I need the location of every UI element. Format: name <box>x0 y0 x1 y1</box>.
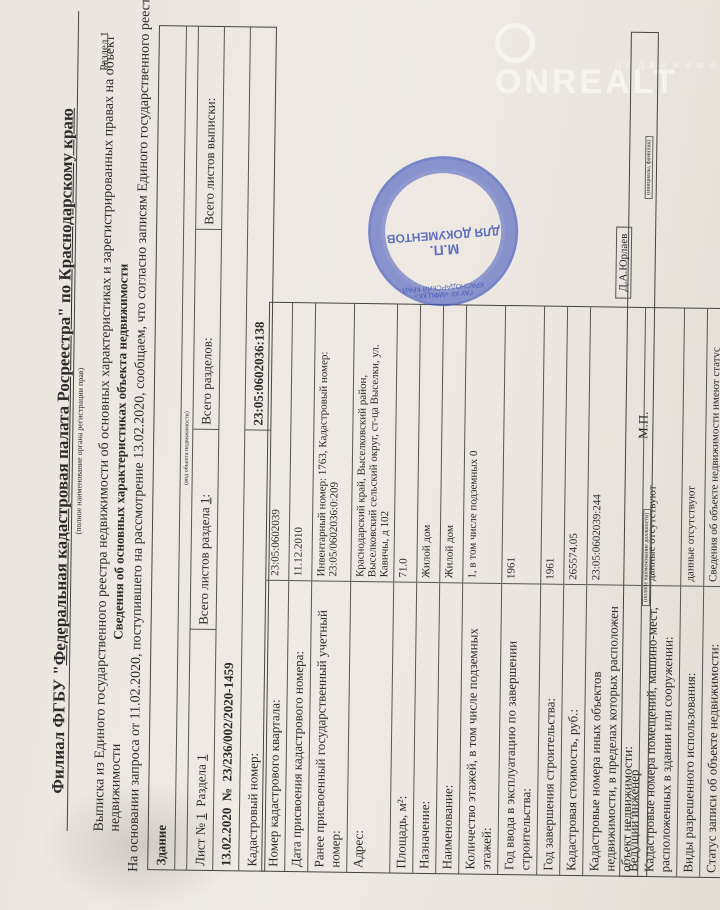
stamp-ring-text: ГАУ КК «МФЦ КК» КРАСНОДАРСКИЙ КРАЙ <box>383 279 504 302</box>
row-value: 1961 <box>502 306 544 585</box>
row-value: Инвентарный номер: 1763, Кадастровый ном… <box>312 303 354 582</box>
row-label: Кадастровая стоимость, руб.: <box>560 585 586 875</box>
date-number: 13.02.2020 № 23/236/002/2020-1459 <box>213 658 241 870</box>
row-value: 265574.05 <box>564 307 590 585</box>
row-label: Номер кадастрового квартала: <box>262 581 288 871</box>
row-label: Количество этажей, в том числе подземных… <box>459 583 501 874</box>
extract-number: 23/236/002/2020-1459 <box>219 662 237 781</box>
table-row: Адрес:Краснодарский край, Выселковский р… <box>346 304 397 873</box>
row-label: Год завершения строительства: <box>537 585 563 875</box>
cadastral-extract-document: Филиал ФГБУ "Федеральная кадастровая пал… <box>29 11 691 900</box>
row-label: Дата присвоения кадастрового номера: <box>285 581 311 871</box>
table-row: Год ввода в эксплуатацию по завершении с… <box>497 306 544 874</box>
row-value: 1, в том числе подземных 0 <box>463 305 505 584</box>
total-sections: Всего разделов: <box>193 230 221 430</box>
row-value: данные отсутствуют <box>681 309 707 587</box>
position-caption: (полное наименование должности) <box>642 509 651 606</box>
row-value: 11.12.2010 <box>289 303 315 581</box>
sheet-info: Лист № 1 Раздела 1 <box>187 630 215 870</box>
sheets-in-section-value: 1 <box>197 497 213 504</box>
row-value: Сведения об объекте недвижимости имеют с… <box>704 309 720 587</box>
row-label: Год ввода в эксплуатацию по завершении с… <box>498 584 540 875</box>
row-label: Назначение: <box>413 583 439 873</box>
table-row: Количество этажей, в том числе подземных… <box>458 305 505 873</box>
sheets-in-section-label: Всего листов раздела <box>195 507 213 625</box>
row-value: Жилой дом <box>417 305 443 583</box>
sheet-no: 1 <box>192 813 208 820</box>
row-value: Жилой дом <box>440 305 466 583</box>
sheets-in-section: Всего листов раздела 1: <box>191 430 219 630</box>
org-prefix: Филиал ФГБУ " <box>48 665 69 794</box>
seal-label: М.П. <box>635 411 651 439</box>
row-label: Ранее присвоенный государственный учетны… <box>308 581 350 872</box>
official-stamp: ГАУ КК «МФЦ КК» КРАСНОДАРСКИЙ КРАЙ М.П. … <box>363 151 524 312</box>
row-label: Статус записи об объекте недвижимости: <box>700 587 720 877</box>
row-value: Краснодарский край, Выселковский район, … <box>351 304 397 583</box>
row-value: 23:05:0602039 <box>266 303 292 581</box>
table-row: Ранее присвоенный государственный учетны… <box>307 303 354 871</box>
row-value: 71.0 <box>394 305 420 583</box>
signer-position: Ведущий инженер <box>625 769 642 875</box>
sheet-no-label: Лист № <box>192 823 209 866</box>
section-no-label: Раздела <box>193 764 210 807</box>
signer-name: Д.А.Юрлаев <box>615 226 632 298</box>
section-no: 1 <box>193 754 209 761</box>
signer-caption: (инициалы, фамилия) <box>645 136 654 199</box>
object-type: Здание <box>148 821 175 870</box>
row-label: Площадь, м²: <box>390 582 416 872</box>
number-sign: № <box>219 788 235 801</box>
row-label: Наименование: <box>436 583 462 873</box>
extract-date: 13.02.2020 <box>218 808 235 867</box>
total-sheets: Всего листов выписки: <box>196 27 224 230</box>
row-label: Адрес: <box>347 582 393 873</box>
header-table: Здание (вид объекта недвижимости) Лист №… <box>147 25 277 872</box>
row-label: Виды разрешенного использования: <box>677 586 703 876</box>
row-value: 1961 <box>541 307 567 585</box>
